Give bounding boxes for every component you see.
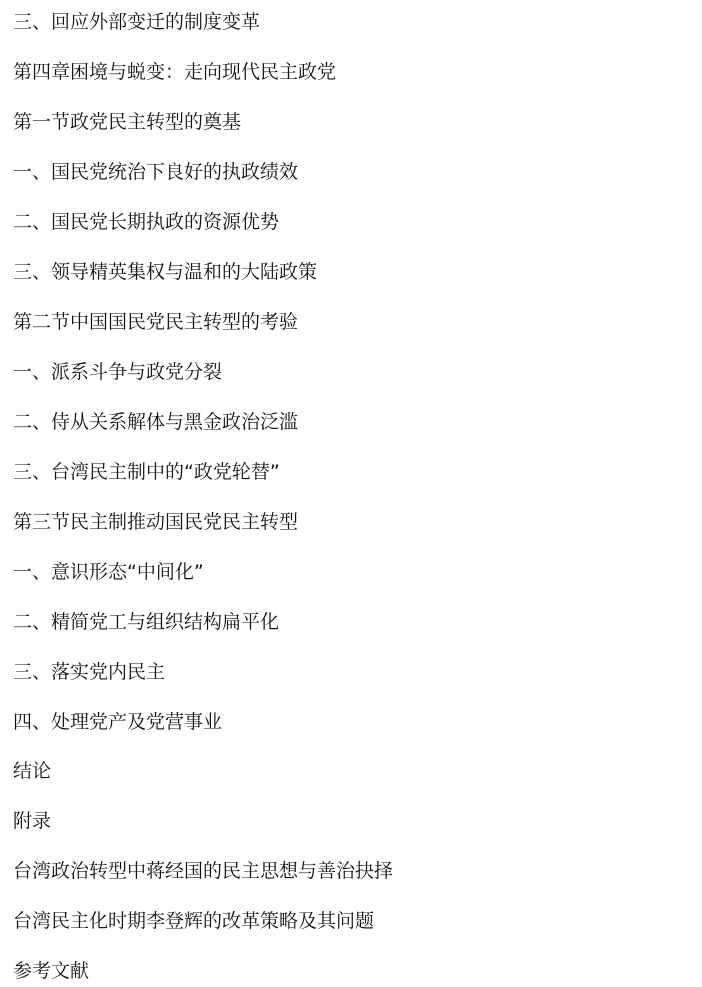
toc-appendix-item: 台湾政治转型中蒋经国的民主思想与善治抉择 — [13, 856, 393, 886]
toc-item: 三、落实党内民主 — [13, 657, 165, 687]
toc-item: 三、回应外部变迁的制度变革 — [13, 7, 260, 37]
toc-item: 三、领导精英集权与温和的大陆政策 — [13, 257, 317, 287]
toc-item: 四、处理党产及党营事业 — [13, 707, 222, 737]
toc-item: 一、派系斗争与政党分裂 — [13, 357, 222, 387]
toc-conclusion: 结论 — [13, 756, 51, 786]
toc-item: 一、国民党统治下良好的执政绩效 — [13, 157, 298, 187]
toc-appendix-item: 台湾民主化时期李登辉的改革策略及其问题 — [13, 906, 374, 936]
toc-item: 三、台湾民主制中的“政党轮替” — [13, 457, 280, 487]
toc-section: 第二节中国国民党民主转型的考验 — [13, 307, 298, 337]
toc-item: 一、意识形态“中间化” — [13, 557, 204, 587]
toc-appendix: 附录 — [13, 806, 51, 836]
toc-references: 参考文献 — [13, 956, 89, 986]
toc-section: 第三节民主制推动国民党民主转型 — [13, 507, 298, 537]
toc-section: 第一节政党民主转型的奠基 — [13, 107, 241, 137]
toc-item: 二、侍从关系解体与黑金政治泛滥 — [13, 407, 298, 437]
toc-item: 二、精简党工与组织结构扁平化 — [13, 607, 279, 637]
toc-chapter: 第四章困境与蜕变：走向现代民主政党 — [13, 57, 336, 87]
toc-item: 二、国民党长期执政的资源优势 — [13, 207, 279, 237]
